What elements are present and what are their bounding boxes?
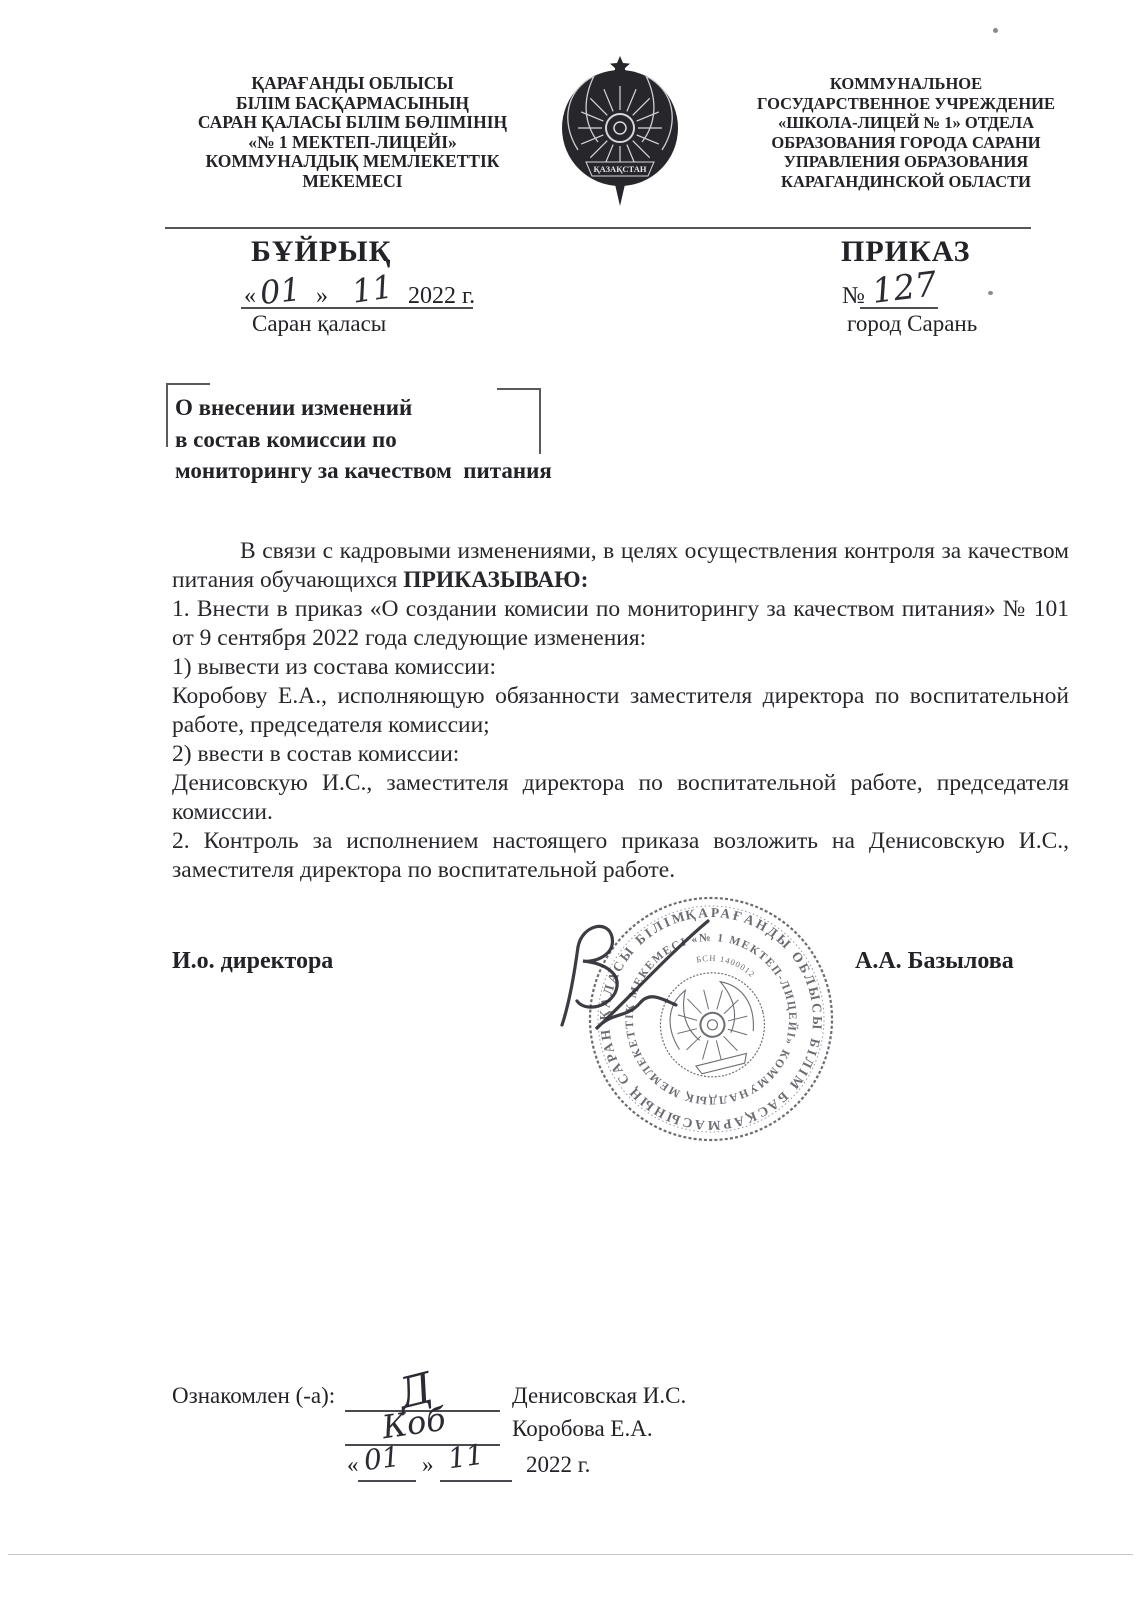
ack-date-month-underline bbox=[440, 1480, 512, 1482]
order-title-kazakh: БҰЙРЫҚ bbox=[251, 235, 391, 269]
header-divider-line bbox=[165, 227, 1031, 229]
scan-speck bbox=[993, 28, 998, 33]
director-signature-scribble bbox=[548, 905, 768, 1045]
kazakhstan-state-emblem-icon: ҚАЗАҚСТАН bbox=[548, 56, 692, 212]
org-right-line: УПРАВЛЕНИЯ ОБРАЗОВАНИЯ bbox=[738, 152, 1074, 172]
org-right-line: КАРАГАНДИНСКОЙ ОБЛАСТИ bbox=[738, 172, 1074, 192]
ack-date-year: 2022 г. bbox=[526, 1452, 590, 1478]
emblem-banner-text: ҚАЗАҚСТАН bbox=[593, 164, 646, 174]
order-number-underline bbox=[860, 307, 938, 309]
ack-date-quote-open: « bbox=[347, 1452, 359, 1478]
ack-signature-handwritten: Коб bbox=[380, 1400, 448, 1446]
date-underline bbox=[241, 307, 473, 309]
ack-name: Коробова Е.А. bbox=[512, 1416, 653, 1442]
signatory-position: И.о. директора bbox=[172, 948, 333, 975]
org-right-line: КОММУНАЛЬНОЕ bbox=[738, 74, 1074, 94]
org-right-line: ГОСУДАРСТВЕННОЕ УЧРЕЖДЕНИЕ bbox=[738, 94, 1074, 114]
org-left-line: ҚАРАҒАНДЫ ОБЛЫСЫ bbox=[145, 74, 560, 94]
org-left-line: «№ 1 МЕКТЕП-ЛИЦЕЙІ» bbox=[145, 133, 560, 153]
place-kazakh: Саран қаласы bbox=[252, 311, 386, 337]
scan-speck bbox=[988, 291, 993, 295]
org-name-russian: КОММУНАЛЬНОЕ ГОСУДАРСТВЕННОЕ УЧРЕЖДЕНИЕ … bbox=[738, 74, 1074, 191]
body-paragraph: 2) ввести в состав комиссии: bbox=[172, 740, 1069, 769]
signatory-name: А.А. Базылова bbox=[855, 948, 1014, 975]
order-number-handwritten: 127 bbox=[870, 264, 939, 312]
body-paragraph: 2. Контроль за исполнением настоящего пр… bbox=[172, 827, 1069, 885]
org-name-kazakh: ҚАРАҒАНДЫ ОБЛЫСЫ БІЛІМ БАСҚАРМАСЫНЫҢ САР… bbox=[145, 74, 560, 191]
subject-line: мониторингу за качеством питания bbox=[175, 455, 552, 487]
body-paragraph: 1. Внести в приказ «О создании комисии п… bbox=[172, 595, 1069, 653]
place-russian: город Сарань bbox=[847, 311, 977, 337]
order-number-label: № bbox=[842, 283, 865, 310]
date-day-handwritten: 01 bbox=[258, 270, 302, 312]
ack-date-quote-close: » bbox=[422, 1452, 434, 1478]
order-subject: О внесении изменений в состав комиссии п… bbox=[175, 392, 552, 487]
body-paragraph: Коробову Е.А., исполняющую обязанности з… bbox=[172, 682, 1069, 740]
body-paragraph: Денисовскую И.С., заместителя директора … bbox=[172, 769, 1069, 827]
ack-date-day-underline bbox=[358, 1480, 416, 1482]
scan-artifact-line bbox=[8, 1554, 1133, 1555]
date-month-handwritten: 11 bbox=[350, 267, 396, 310]
org-right-line: «ШКОЛА-ЛИЦЕЙ № 1» ОТДЕЛА bbox=[738, 113, 1074, 133]
date-quote-open: « bbox=[244, 283, 256, 310]
body-intro-paragraph: В связи с кадровыми изменениями, в целях… bbox=[172, 537, 1069, 595]
order-title-russian: ПРИКАЗ bbox=[841, 235, 971, 269]
body-paragraph: 1) вывести из состава комиссии: bbox=[172, 653, 1069, 682]
ack-date-month-handwritten: 11 bbox=[446, 1438, 486, 1476]
subject-line: в состав комиссии по bbox=[175, 424, 552, 456]
body-intro-text: В связи с кадровыми изменениями, в целях… bbox=[172, 538, 1069, 593]
acknowledged-label: Ознакомлен (-а): bbox=[172, 1383, 335, 1409]
body-intro-bold: ПРИКАЗЫВАЮ: bbox=[403, 567, 588, 593]
org-left-line: САРАН ҚАЛАСЫ БІЛІМ БӨЛІМІНІҢ bbox=[145, 113, 560, 133]
ack-name: Денисовская И.С. bbox=[512, 1383, 686, 1409]
org-left-line: КОММУНАЛДЫҚ МЕМЛЕКЕТТІК bbox=[145, 152, 560, 172]
order-body: В связи с кадровыми изменениями, в целях… bbox=[172, 537, 1069, 885]
date-year: 2022 г. bbox=[408, 283, 475, 310]
org-right-line: ОБРАЗОВАНИЯ ГОРОДА САРАНИ bbox=[738, 133, 1074, 153]
org-left-line: БІЛІМ БАСҚАРМАСЫНЫҢ bbox=[145, 94, 560, 114]
scanned-order-document: ҚАРАҒАНДЫ ОБЛЫСЫ БІЛІМ БАСҚАРМАСЫНЫҢ САР… bbox=[0, 0, 1141, 1600]
org-left-line: МЕКЕМЕСІ bbox=[145, 172, 560, 192]
subject-line: О внесении изменений bbox=[175, 392, 552, 424]
date-quote-close: » bbox=[316, 283, 328, 310]
emblem-pendant bbox=[614, 180, 626, 206]
ack-date-day-handwritten: 01 bbox=[362, 1440, 401, 1477]
